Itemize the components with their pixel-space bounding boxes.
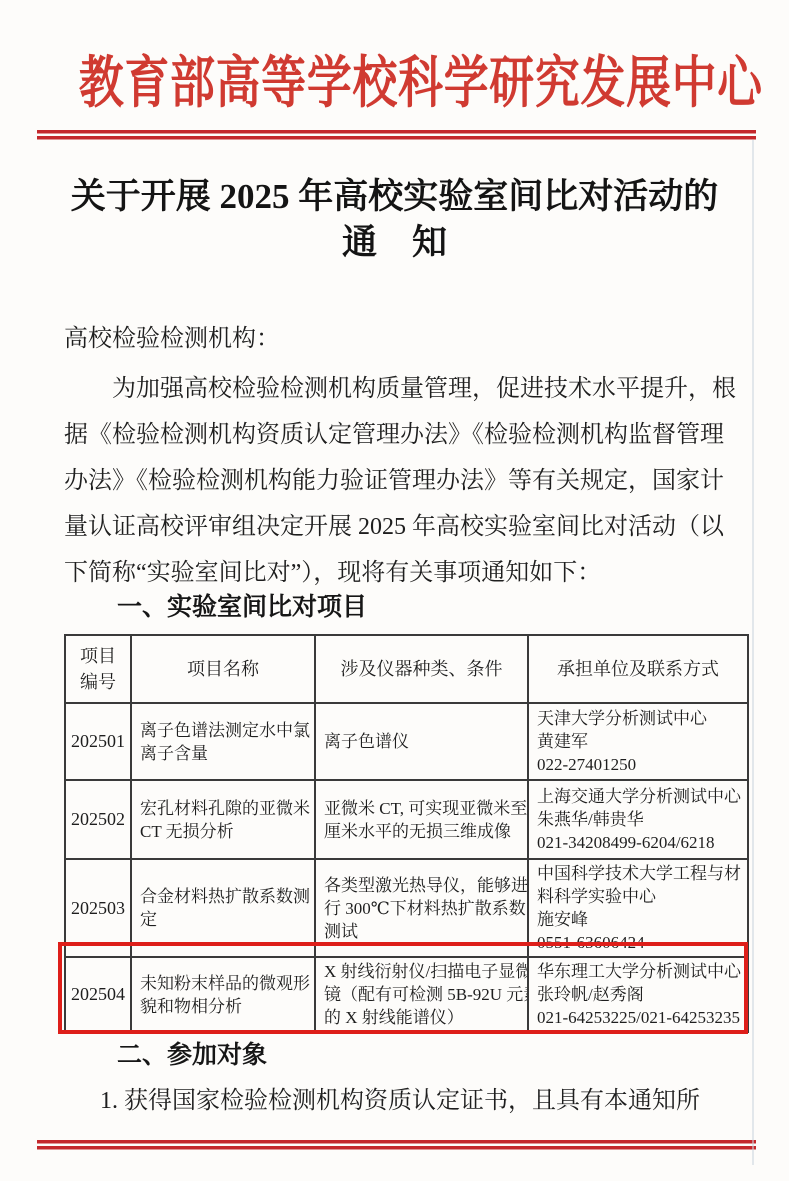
- instruments-cell: X 射线衍射仪/扫描电子显微 镜（配有可检测 5B-92U 元素 的 X 射线能…: [315, 957, 528, 1032]
- instruments-cell: 离子色谱仪: [315, 703, 528, 780]
- instruments-cell: 亚微米 CT, 可实现亚微米至 厘米水平的无损三维成像: [315, 780, 528, 859]
- table-header-row: 项目 编号 项目名称 涉及仪器种类、条件 承担单位及联系方式: [65, 635, 748, 703]
- project-name-cell: 合金材料热扩散系数测 定: [131, 859, 315, 957]
- comparison-projects-table: 项目 编号 项目名称 涉及仪器种类、条件 承担单位及联系方式 202501 离子…: [64, 634, 749, 1033]
- project-name-cell: 离子色谱法测定水中氯 离子含量: [131, 703, 315, 780]
- contact-cell: 中国科学技术大学工程与材 料科学实验中心 施安峰 0551-63606424: [528, 859, 748, 957]
- table-row: 202502 宏孔材料孔隙的亚微米 CT 无损分析 亚微米 CT, 可实现亚微米…: [65, 780, 748, 859]
- document-title-line-1: 关于开展 2025 年高校实验室间比对活动的: [0, 174, 789, 220]
- section-2-item-1: 1. 获得国家检验检测机构资质认定证书，且具有本通知所: [100, 1086, 700, 1116]
- document-page: 教育部高等学校科学研究发展中心 关于开展 2025 年高校实验室间比对活动的 通…: [0, 0, 789, 1181]
- table-row: 202503 合金材料热扩散系数测 定 各类型激光热导仪，能够进 行 300℃下…: [65, 859, 748, 957]
- contact-cell: 天津大学分析测试中心 黄建军 022-27401250: [528, 703, 748, 780]
- project-id-cell: 202501: [65, 703, 131, 780]
- intro-line: 下简称“实验室间比对”），现将有关事项通知如下：: [64, 550, 750, 596]
- column-header-instruments: 涉及仪器种类、条件: [315, 635, 528, 703]
- section-1-heading: 一、实验室间比对项目: [117, 592, 367, 622]
- footer-double-rule: [37, 1140, 756, 1150]
- column-header-contact: 承担单位及联系方式: [528, 635, 748, 703]
- document-title: 关于开展 2025 年高校实验室间比对活动的 通 知: [0, 174, 789, 266]
- salutation: 高校检验检测机构：: [64, 324, 280, 354]
- intro-line: 为加强高校检验检测机构质量管理，促进技术水平提升，根: [64, 366, 750, 412]
- project-id-cell: 202503: [65, 859, 131, 957]
- table-row-highlighted: 202504 未知粉末样品的微观形 貌和物相分析 X 射线衍射仪/扫描电子显微 …: [65, 957, 748, 1032]
- table-row: 202501 离子色谱法测定水中氯 离子含量 离子色谱仪 天津大学分析测试中心 …: [65, 703, 748, 780]
- project-name-cell: 未知粉末样品的微观形 貌和物相分析: [131, 957, 315, 1032]
- document-title-line-2: 通 知: [0, 220, 789, 266]
- contact-cell: 华东理工大学分析测试中心 张玲帆/赵秀阁 021-64253225/021-64…: [528, 957, 748, 1032]
- project-id-cell: 202502: [65, 780, 131, 859]
- intro-paragraph: 为加强高校检验检测机构质量管理，促进技术水平提升，根 据《检验检测机构资质认定管…: [64, 366, 750, 596]
- intro-line: 据《检验检测机构资质认定管理办法》《检验检测机构监督管理: [64, 412, 750, 458]
- header-double-rule: [37, 130, 756, 140]
- scan-artifact-line: [752, 140, 754, 1165]
- contact-cell: 上海交通大学分析测试中心 朱燕华/韩贵华 021-34208499-6204/6…: [528, 780, 748, 859]
- letterhead-org-name: 教育部高等学校科学研究发展中心: [79, 50, 710, 118]
- intro-line: 量认证高校评审组决定开展 2025 年高校实验室间比对活动（以: [64, 504, 750, 550]
- column-header-project-name: 项目名称: [131, 635, 315, 703]
- instruments-cell: 各类型激光热导仪，能够进 行 300℃下材料热扩散系数 测试: [315, 859, 528, 957]
- project-name-cell: 宏孔材料孔隙的亚微米 CT 无损分析: [131, 780, 315, 859]
- project-id-cell: 202504: [65, 957, 131, 1032]
- section-2-heading: 二、参加对象: [117, 1040, 267, 1070]
- intro-line: 办法》《检验检测机构能力验证管理办法》等有关规定，国家计: [64, 458, 750, 504]
- column-header-project-id: 项目 编号: [65, 635, 131, 703]
